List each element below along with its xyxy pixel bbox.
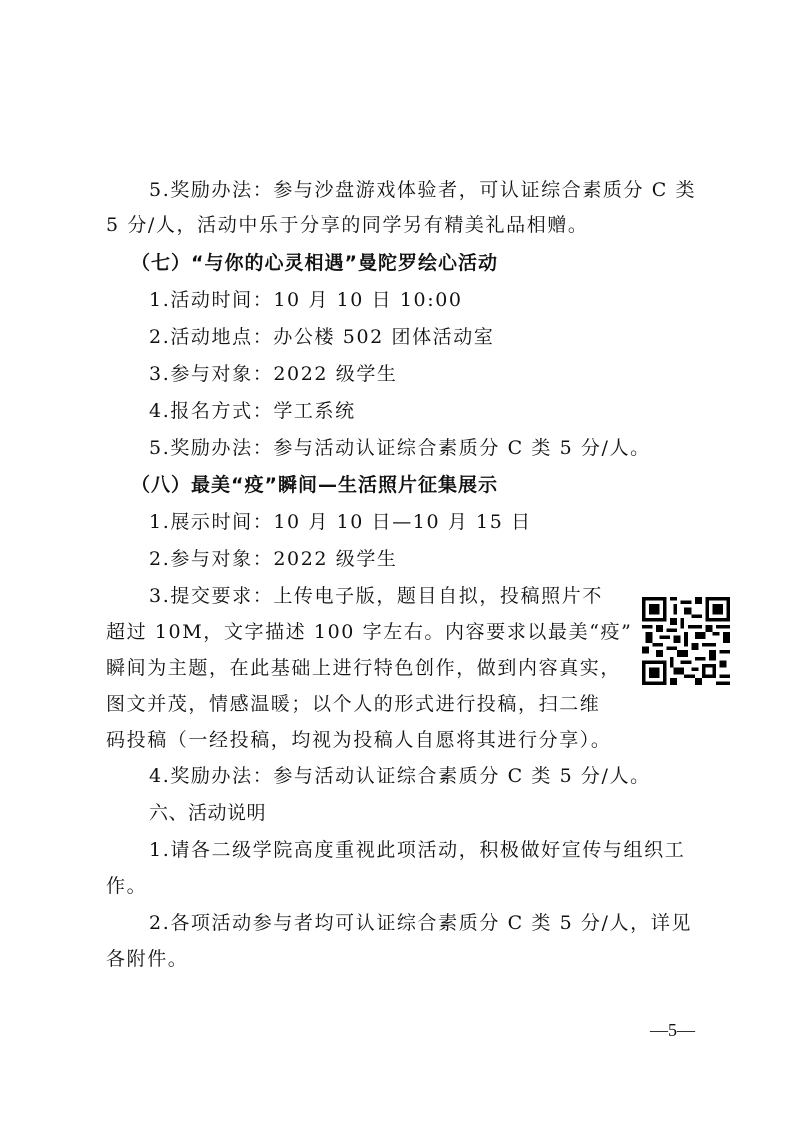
photo-requirements-cont-3: 图文并茂，情感温暖；以个人的形式进行投稿，扫二维 (106, 691, 600, 717)
qr-code-icon[interactable] (642, 597, 730, 685)
photo-requirements-cont-4: 码投稿（一经投稿，均视为投稿人自愿将其进行分享）。 (106, 727, 612, 753)
section-heading-notes: 六、活动说明 (149, 800, 266, 826)
note-1-cont: 作。 (106, 873, 147, 899)
reward-method-sandplay-cont: 5 分/人，活动中乐于分享的同学另有精美礼品相赠。 (106, 212, 589, 238)
photo-requirements-cont-1: 超过 10M，文字描述 100 字左右。内容要求以最美“疫” (106, 619, 632, 645)
document-page: 5.奖励办法：参与沙盘游戏体验者，可认证综合素质分 C 类 5 分/人，活动中乐… (0, 0, 793, 1122)
reward-method-sandplay: 5.奖励办法：参与沙盘游戏体验者，可认证综合素质分 C 类 (149, 177, 696, 203)
section-heading-photo: （八）最美“疫”瞬间—生活照片征集展示 (131, 472, 498, 498)
note-2: 2.各项活动参与者均可认证综合素质分 C 类 5 分/人，详见 (149, 910, 692, 936)
photo-requirements-cont-2: 瞬间为主题，在此基础上进行特色创作，做到内容真实， (106, 655, 621, 681)
page-number: —5— (650, 1020, 695, 1041)
photo-requirements: 3.提交要求：上传电子版，题目自拟，投稿照片不 (149, 583, 603, 609)
photo-reward: 4.奖励办法：参与活动认证综合素质分 C 类 5 分/人。 (149, 763, 651, 789)
mandala-registration: 4.报名方式：学工系统 (149, 398, 356, 424)
mandala-reward: 5.奖励办法：参与活动认证综合素质分 C 类 5 分/人。 (149, 435, 651, 461)
mandala-location: 2.活动地点：办公楼 502 团体活动室 (149, 324, 494, 350)
note-2-cont: 各附件。 (106, 946, 188, 972)
photo-participants: 2.参与对象：2022 级学生 (149, 546, 398, 572)
note-1: 1.请各二级学院高度重视此项活动，积极做好宣传与组织工 (149, 837, 685, 863)
section-heading-mandala: （七）“与你的心灵相遇”曼陀罗绘心活动 (131, 250, 498, 276)
photo-display-time: 1.展示时间：10 月 10 日—10 月 15 日 (149, 509, 532, 535)
mandala-time: 1.活动时间：10 月 10 日 10:00 (149, 287, 463, 313)
mandala-participants: 3.参与对象：2022 级学生 (149, 361, 398, 387)
